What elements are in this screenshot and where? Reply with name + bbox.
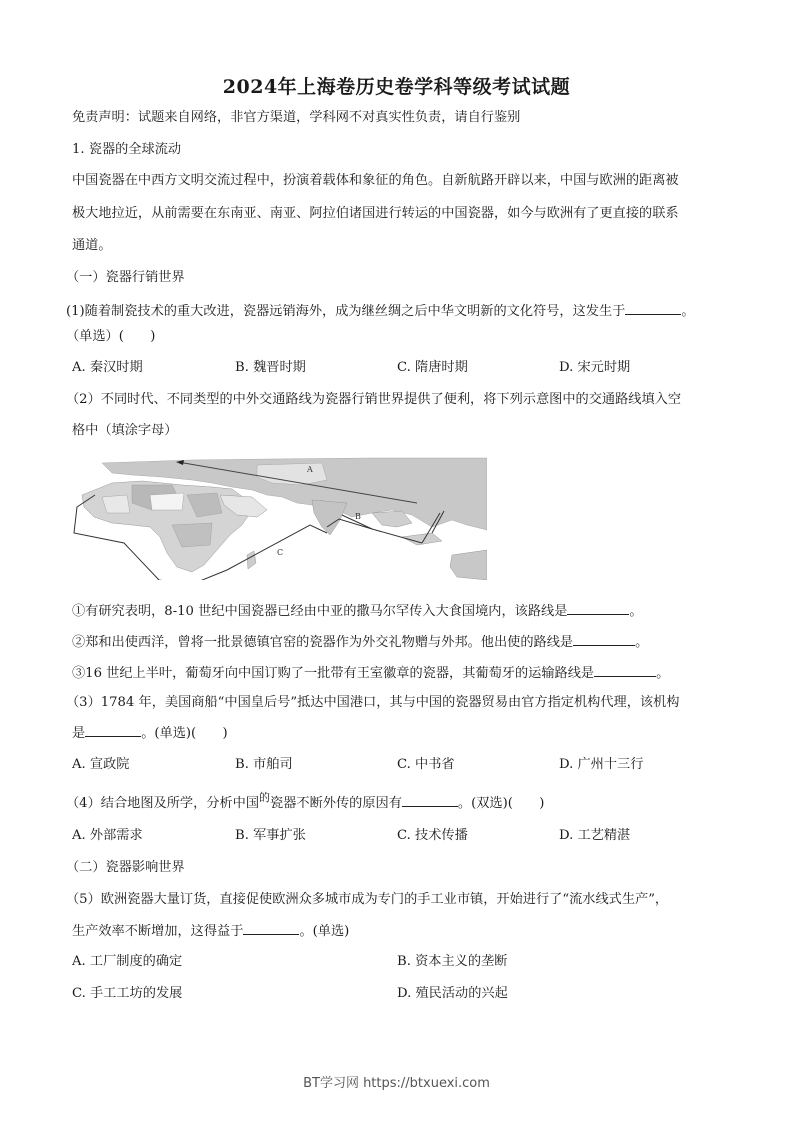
map-label-b: B	[355, 512, 361, 521]
q2-sub1-blank[interactable]	[567, 600, 629, 615]
q2-sub2-blank[interactable]	[573, 631, 635, 646]
exam-page: 2024年上海卷历史卷学科等级考试试题 免责声明：试题来自网络，非官方渠道，学科…	[0, 0, 793, 1122]
q1-text: (1)随着制瓷技术的重大改进，瓷器远销海外，成为继丝绸之后中华文明新的文化符号，…	[66, 300, 695, 322]
q3-option-c[interactable]: C. 中书省	[397, 755, 455, 775]
q4-option-c[interactable]: C. 技术传播	[397, 826, 468, 846]
trade-route-map: A B C	[72, 455, 487, 580]
q1-option-d[interactable]: D. 宋元时期	[559, 358, 630, 378]
q5-option-d[interactable]: D. 殖民活动的兴起	[397, 984, 508, 1004]
q3-text-2: 是。(单选)( )	[72, 722, 228, 744]
intro-line-1: 中国瓷器在中西方文明交流过程中，扮演着载体和象征的角色。自新航路开辟以来，中国与…	[72, 171, 679, 191]
intro-line-2: 极大地拉近，从前需要在东南亚、南亚、阿拉伯诸国进行转运的中国瓷器，如今与欧洲有了…	[72, 204, 679, 224]
map-label-a: A	[306, 465, 313, 474]
q4-option-d[interactable]: D. 工艺精湛	[559, 826, 630, 846]
q2-sub-2: ②郑和出使西洋，曾将一批景德镇官窑的瓷器作为外交礼物赠与外邦。他出使的路线是。	[72, 631, 648, 653]
section-heading-2: （二）瓷器影响世界	[66, 858, 185, 878]
q2-sub3-blank[interactable]	[594, 662, 656, 677]
page-title: 2024年上海卷历史卷学科等级考试试题	[0, 72, 793, 99]
intro-line-3: 通道。	[72, 236, 112, 256]
disclaimer: 免责声明：试题来自网络，非官方渠道，学科网不对真实性负责，请自行鉴别	[72, 108, 520, 128]
q3-option-d[interactable]: D. 广州十三行	[559, 755, 643, 775]
q1-type: （单选）( )	[66, 327, 155, 347]
q5-answer-blank[interactable]	[243, 920, 299, 935]
q1-option-a[interactable]: A. 秦汉时期	[72, 358, 143, 378]
q3-option-b[interactable]: B. 市舶司	[235, 755, 293, 775]
q3-text-1: （3）1784 年，美国商船“中国皇后号”抵达中国港口，其与中国的瓷器贸易由官方…	[66, 693, 680, 713]
q5-option-b[interactable]: B. 资本主义的垄断	[397, 952, 507, 972]
q2-text-1: （2）不同时代、不同类型的中外交通路线为瓷器行销世界提供了便利，将下列示意图中的…	[66, 390, 681, 410]
question-heading: 1. 瓷器的全球流动	[72, 140, 181, 160]
q1-option-b[interactable]: B. 魏晋时期	[235, 358, 306, 378]
q3-answer-blank[interactable]	[85, 722, 141, 737]
q2-sub-1: ①有研究表明，8-10 世纪中国瓷器已经由中亚的撒马尔罕传入大食国境内，该路线是…	[72, 600, 643, 622]
q1-end: 。	[681, 304, 694, 319]
q5-text-1: （5）欧洲瓷器大量订货，直接促使欧洲众多城市成为专门的手工业市镇，开始进行了“流…	[66, 890, 668, 910]
q1-answer-blank[interactable]	[625, 300, 681, 315]
q2-text-2: 格中（填涂字母）	[72, 421, 178, 441]
q3-option-a[interactable]: A. 宣政院	[72, 755, 129, 775]
q4-text: （4）结合地图及所学，分析中国的瓷器不断外传的原因有。(双选)( )	[66, 792, 544, 814]
q4-option-b[interactable]: B. 军事扩张	[235, 826, 306, 846]
q4-option-a[interactable]: A. 外部需求	[72, 826, 143, 846]
q2-sub-3: ③16 世纪上半叶，葡萄牙向中国订购了一批带有王室徽章的瓷器，其葡萄牙的运输路线…	[72, 662, 669, 684]
footer-watermark[interactable]: BT学习网 https://btxuexi.com	[0, 1072, 793, 1091]
map-label-c: C	[277, 548, 283, 557]
q4-answer-blank[interactable]	[402, 792, 458, 807]
q5-text-2: 生产效率不断增加，这得益于。(单选)	[72, 920, 349, 942]
q5-option-c[interactable]: C. 手工工坊的发展	[72, 984, 182, 1004]
q1-option-c[interactable]: C. 隋唐时期	[397, 358, 468, 378]
section-heading-1: （一）瓷器行销世界	[66, 268, 185, 288]
q1-stem: (1)随着制瓷技术的重大改进，瓷器远销海外，成为继丝绸之后中华文明新的文化符号，…	[66, 304, 625, 319]
q5-option-a[interactable]: A. 工厂制度的确定	[72, 952, 182, 972]
